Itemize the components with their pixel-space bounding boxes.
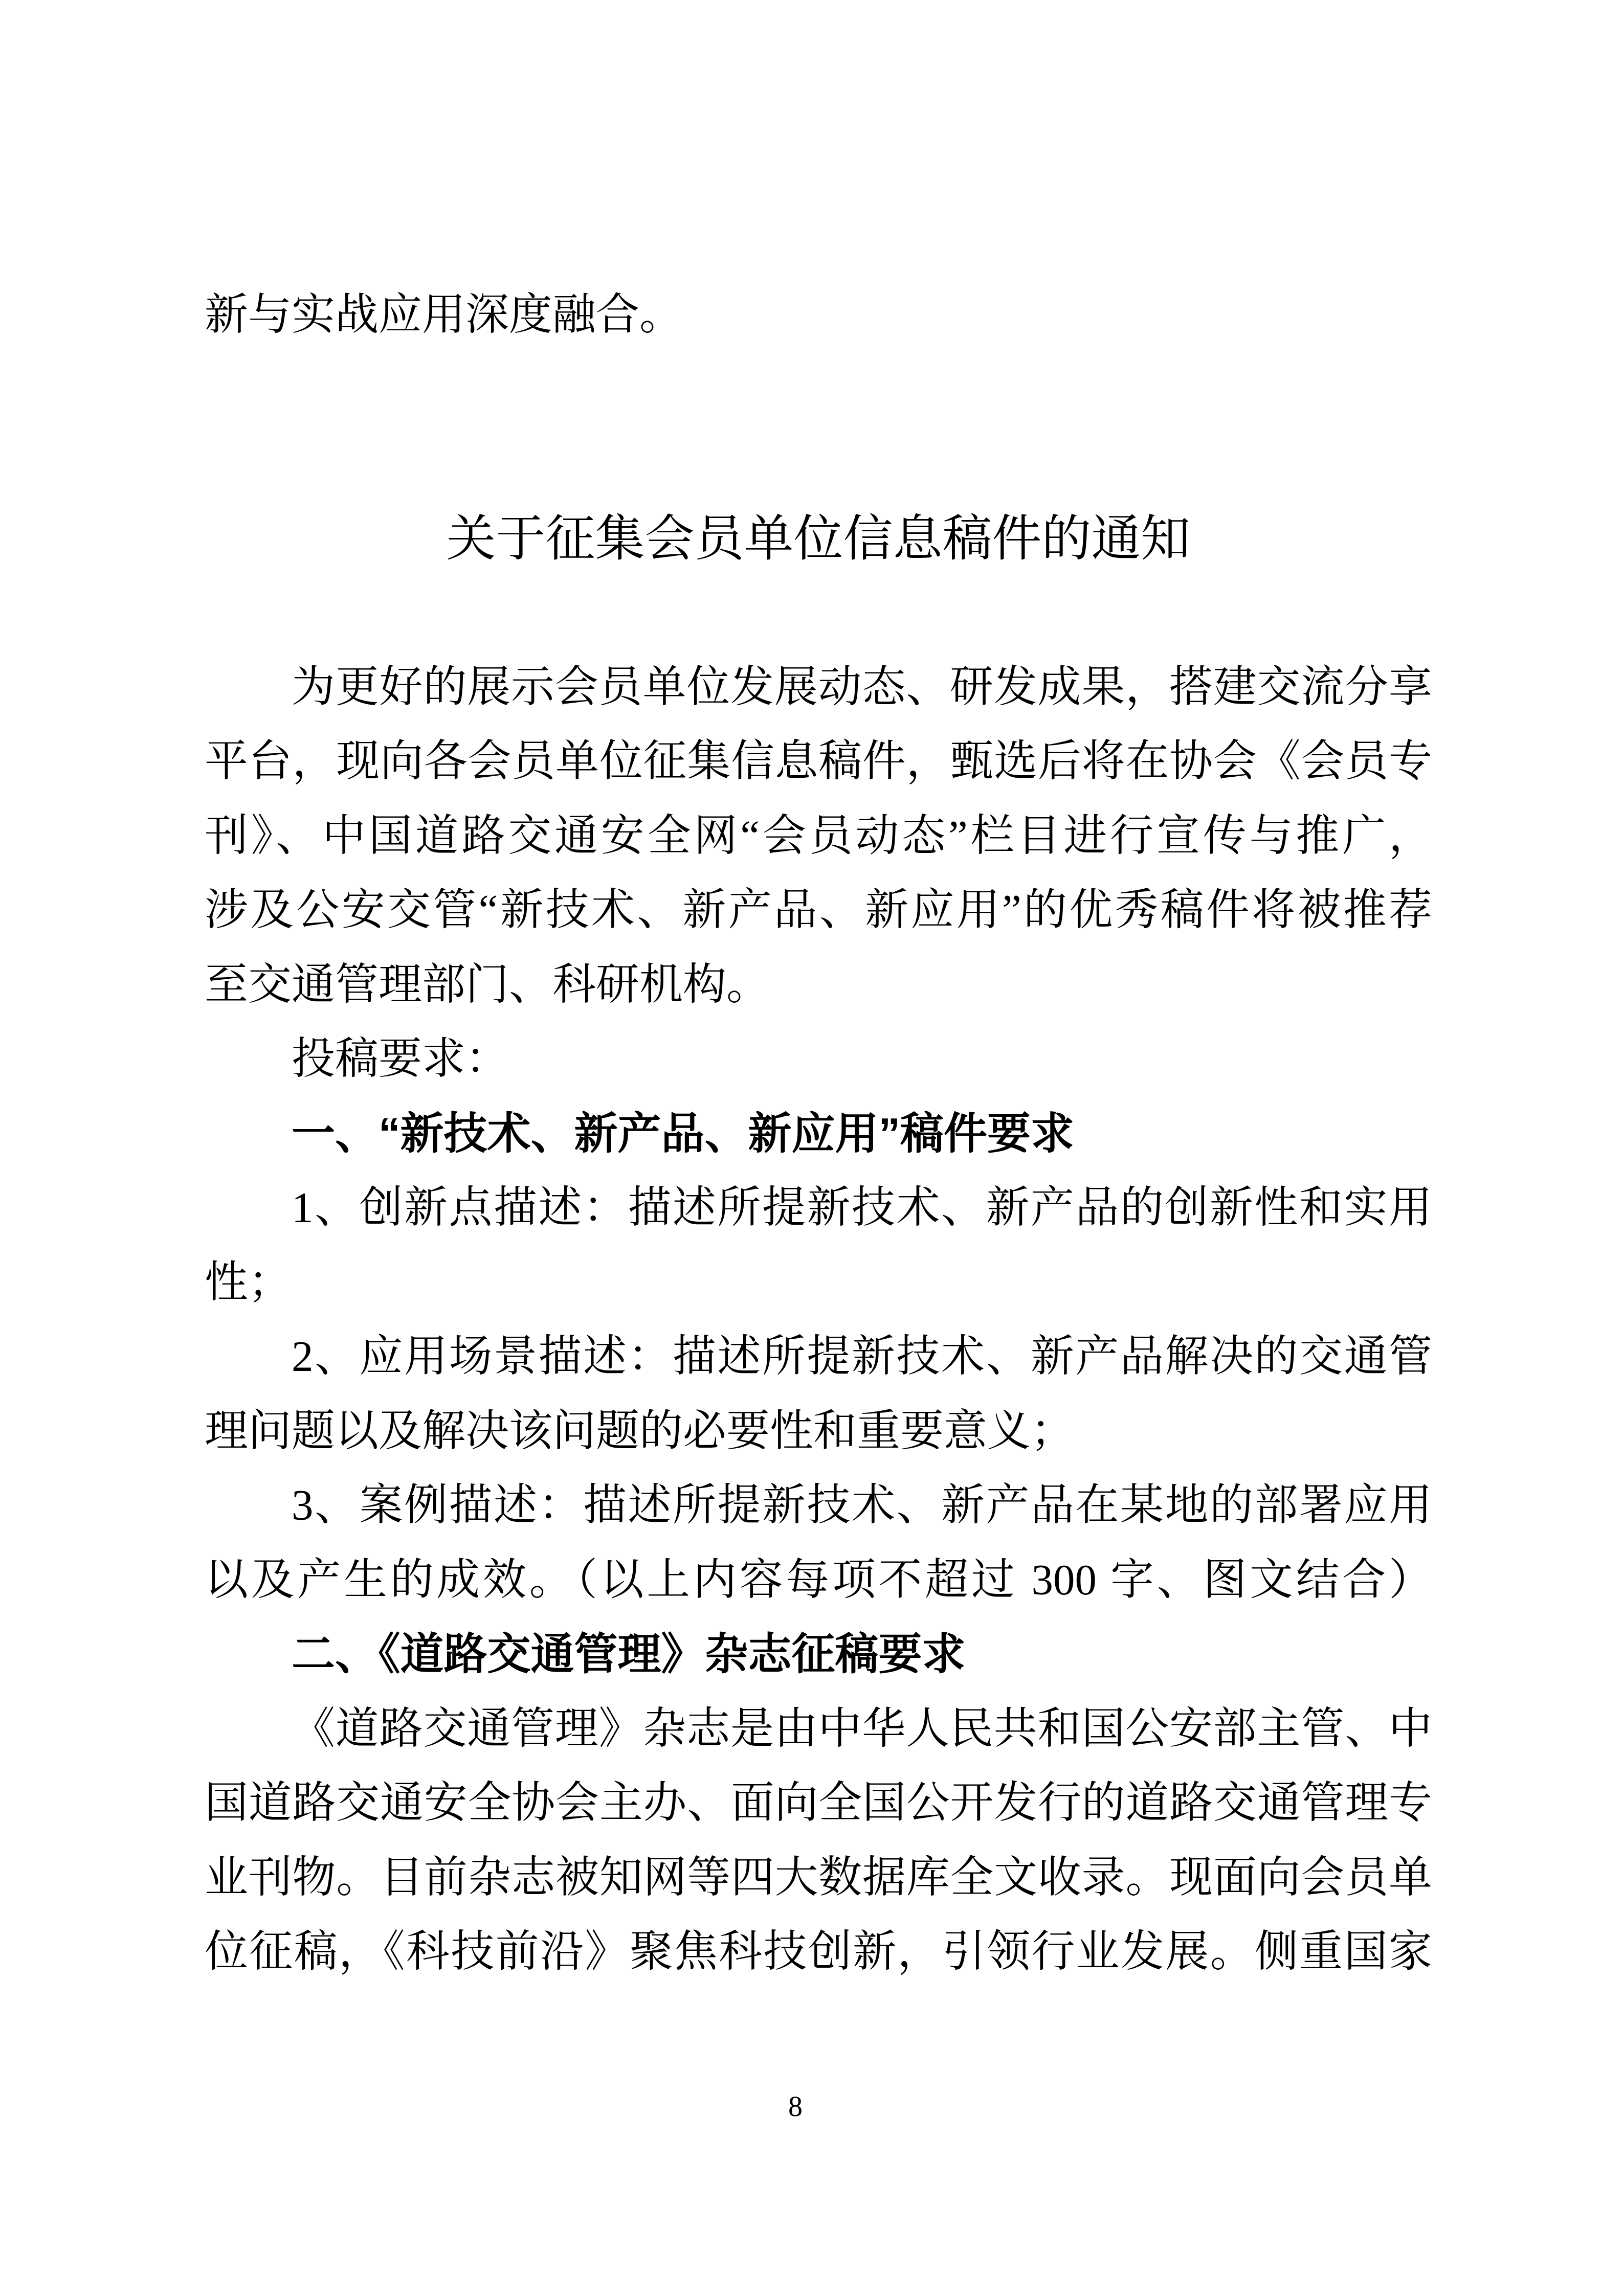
- text-line-0: 新与实战应用深度融合。: [205, 278, 1432, 353]
- text-line-19: 《道路交通管理》杂志是由中华人民共和国公安部主管、中: [205, 1692, 1432, 1767]
- text-line-21: 业刊物。目前杂志被知网等四大数据库全文收录。现面向会员单: [205, 1841, 1432, 1916]
- empty-line: [205, 576, 1432, 650]
- text-line-20: 国道路交通安全协会主办、面向全国公开发行的道路交通管理专: [205, 1766, 1432, 1841]
- section-heading: 一、“新技术、新产品、新应用”稿件要求: [205, 1097, 1432, 1172]
- text-line-9: 至交通管理部门、科研机构。: [205, 948, 1432, 1023]
- notice-title: 关于征集会员单位信息稿件的通知: [205, 502, 1432, 576]
- text-line-15: 理问题以及解决该问题的必要性和重要意义；: [205, 1394, 1432, 1469]
- text-line-7: 刊》、中国道路交通安全网“会员动态”栏目进行宣传与推广，: [205, 799, 1432, 874]
- text-line-12: 1、创新点描述：描述所提新技术、新产品的创新性和实用: [205, 1171, 1432, 1246]
- text-line-8: 涉及公安交管“新技术、新产品、新应用”的优秀稿件将被推荐: [205, 873, 1432, 948]
- text-line-16: 3、案例描述：描述所提新技术、新产品在某地的部署应用: [205, 1469, 1432, 1543]
- section-heading: 二、《道路交通管理》杂志征稿要求: [205, 1617, 1432, 1692]
- text-line-14: 2、应用场景描述：描述所提新技术、新产品解决的交通管: [205, 1320, 1432, 1394]
- text-line-10: 投稿要求：: [205, 1022, 1432, 1097]
- text-line-6: 平台，现向各会员单位征集信息稿件，甄选后将在协会《会员专: [205, 725, 1432, 799]
- text-line-13: 性；: [205, 1246, 1432, 1320]
- text-line-17: 以及产生的成效。（以上内容每项不超过 300 字、图文结合）: [205, 1543, 1432, 1618]
- page-number: 8: [0, 2086, 1591, 2127]
- text-line-22: 位征稿，《科技前沿》聚焦科技创新，引领行业发展。侧重国家: [205, 1915, 1432, 1990]
- empty-line: [205, 427, 1432, 502]
- text-block: 新与实战应用深度融合。关于征集会员单位信息稿件的通知为更好的展示会员单位发展动态…: [205, 278, 1432, 1990]
- empty-line: [205, 353, 1432, 427]
- document-page: 新与实战应用深度融合。关于征集会员单位信息稿件的通知为更好的展示会员单位发展动态…: [0, 0, 1624, 2296]
- text-line-5: 为更好的展示会员单位发展动态、研发成果，搭建交流分享: [205, 650, 1432, 725]
